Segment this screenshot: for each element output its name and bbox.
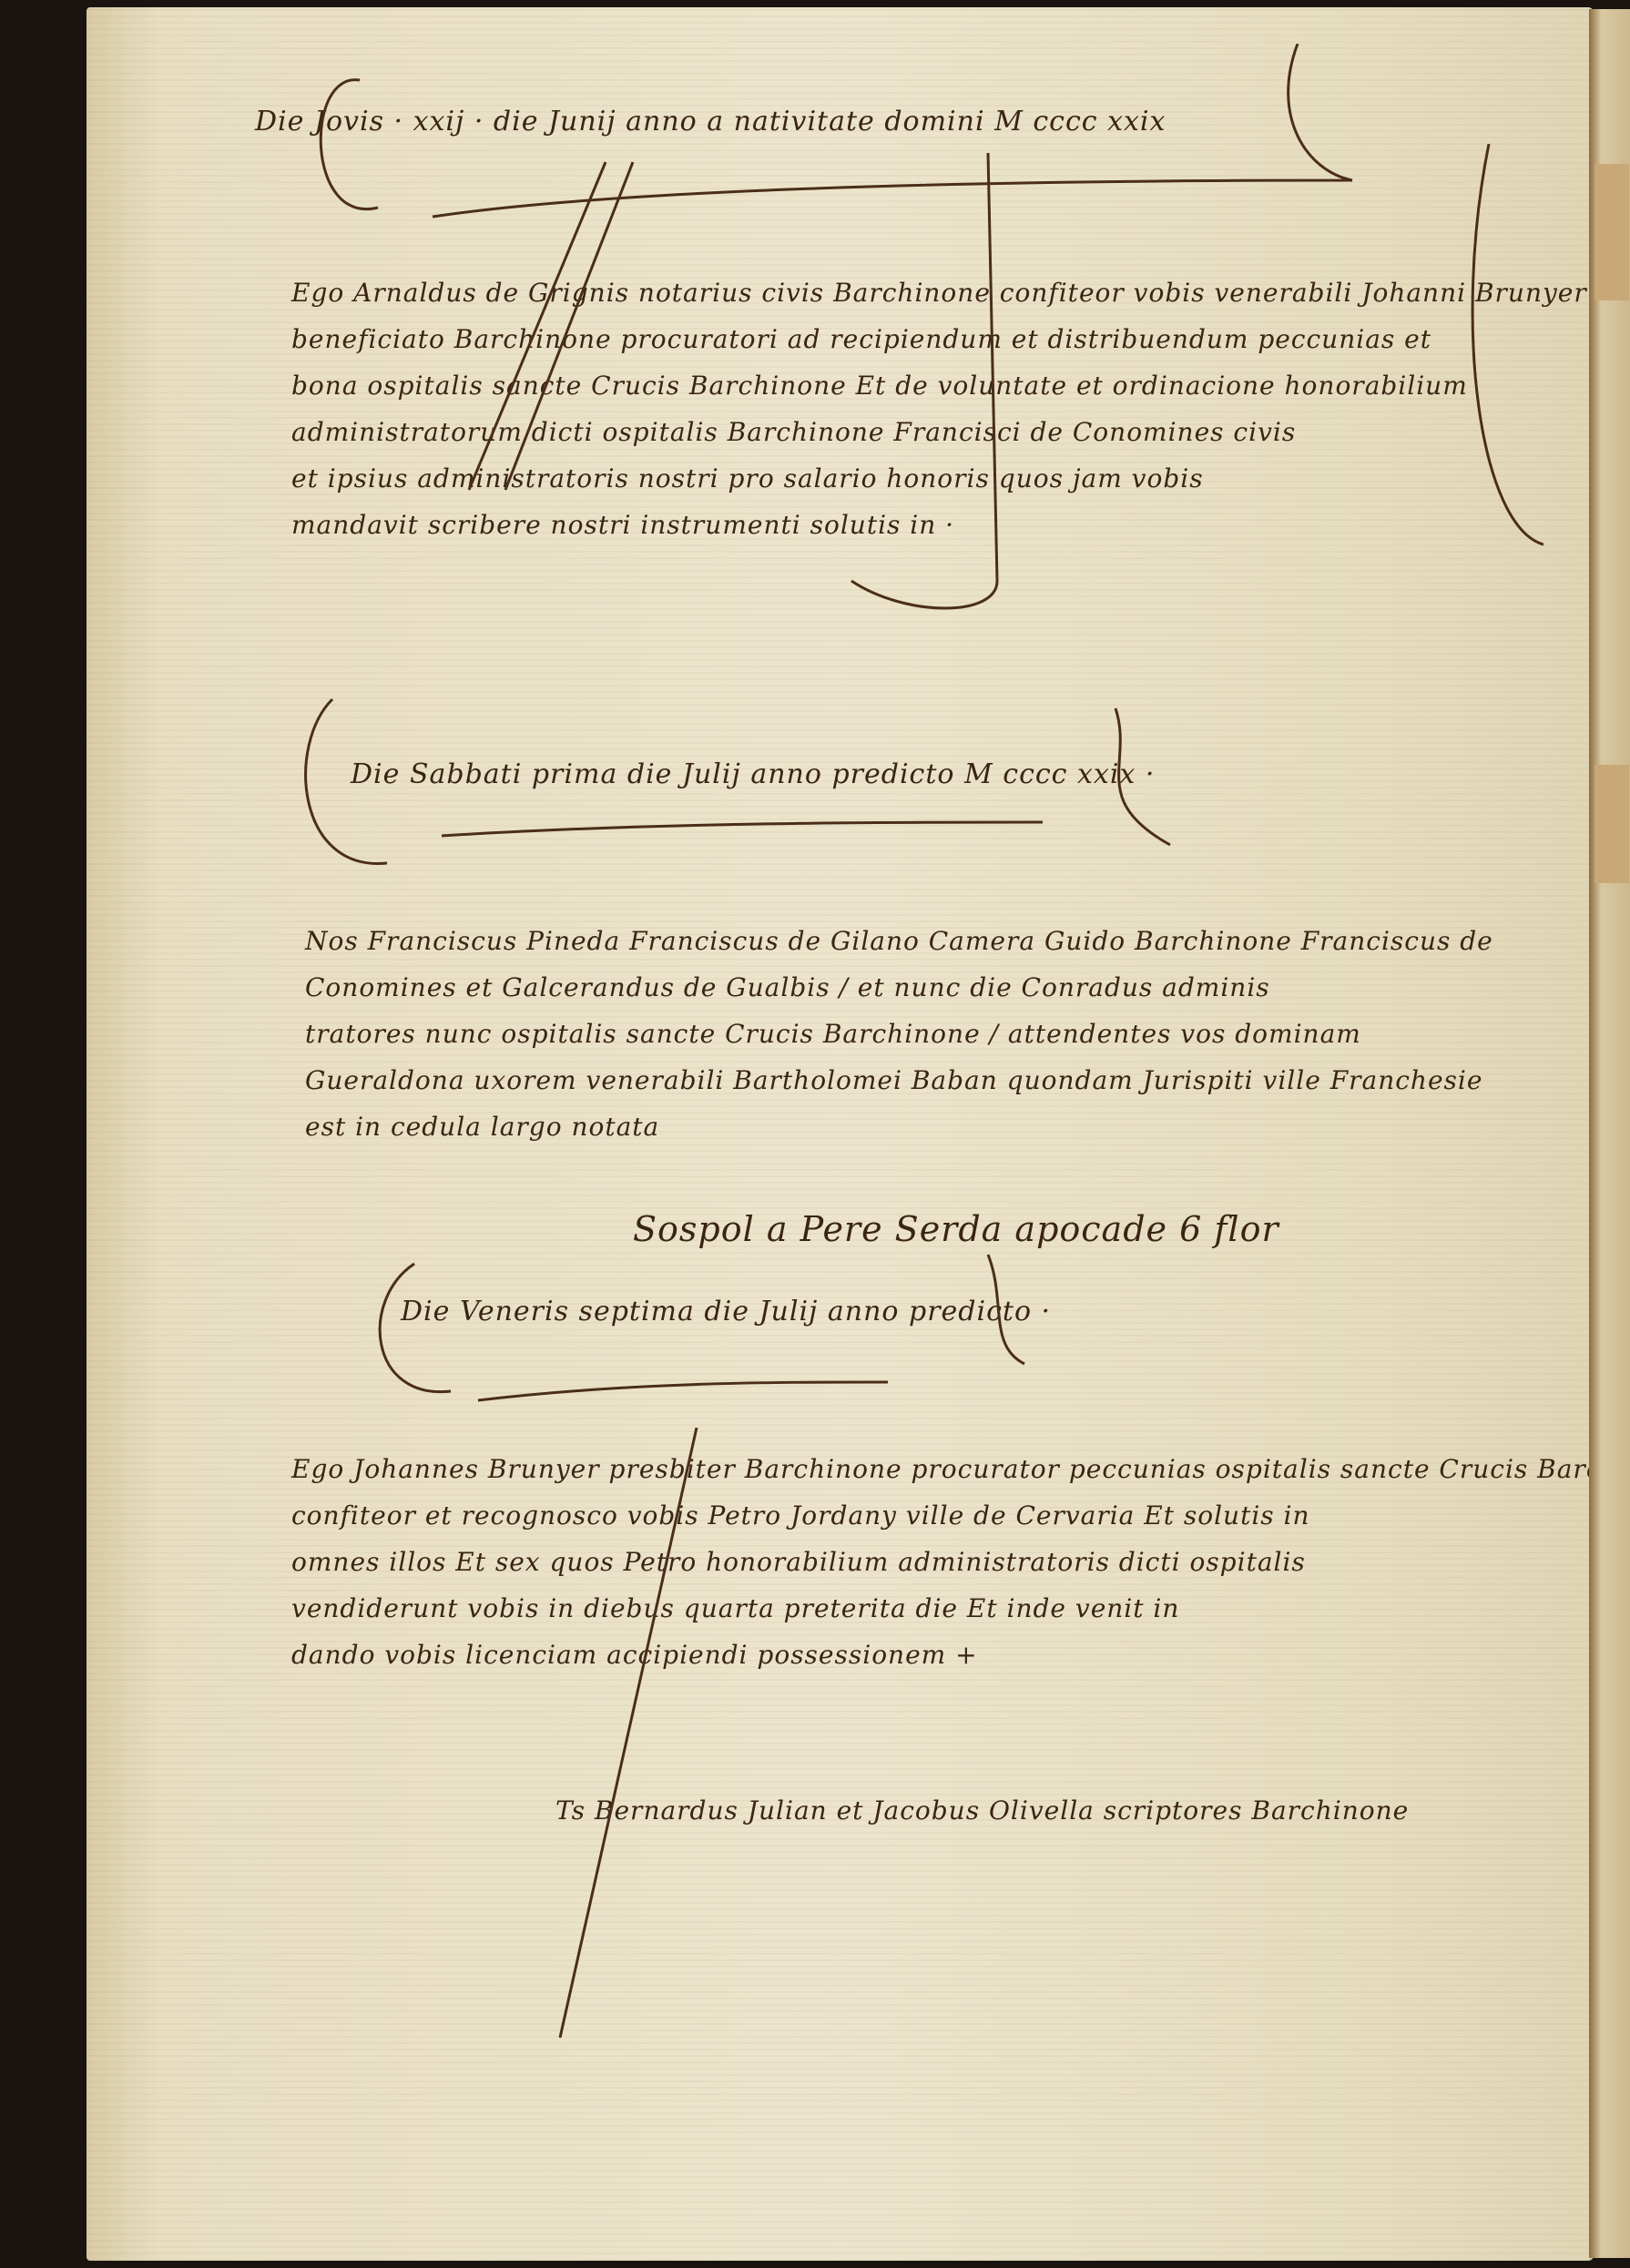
witness-line: Ts Bernardus Julian et Jacobus Olivella …	[555, 1787, 1409, 1834]
entry-3-heading: Die Veneris septima die Julij anno predi…	[401, 1296, 1051, 1327]
entry-1-body: Ego Arnaldus de Grignis notarius civis B…	[291, 270, 1630, 548]
text-line: et ipsius administratoris nostri pro sal…	[291, 455, 1630, 502]
marginal-note: Sospol a Pere Serda apocade 6 flor	[633, 1209, 1279, 1249]
heading-bracket-flourish	[360, 1246, 1179, 1419]
text-line: est in cedula largo notata	[305, 1103, 1493, 1150]
text-line: administratorum dicti ospitalis Barchino…	[291, 409, 1630, 455]
text-line: omnes illos Et sex quos Petro honorabili…	[291, 1539, 1630, 1585]
text-line: confiteor et recognosco vobis Petro Jord…	[291, 1492, 1630, 1539]
entry-2-heading: Die Sabbati prima die Julij anno predict…	[351, 758, 1155, 790]
manuscript-page: Die Jovis · xxij · die Junij anno a nati…	[87, 7, 1594, 2261]
entry-3-body: Ego Johannes Brunyer presbiter Barchinon…	[291, 1446, 1630, 1678]
entry-2-body: Nos Franciscus Pineda Franciscus de Gila…	[305, 918, 1493, 1150]
text-line: bona ospitalis sancte Crucis Barchinone …	[291, 362, 1630, 409]
text-line: beneficiato Barchinone procuratori ad re…	[291, 316, 1630, 362]
text-line: mandavit scribere nostri instrumenti sol…	[291, 502, 1630, 548]
entry-1-heading: Die Jovis · xxij · die Junij anno a nati…	[255, 106, 1166, 137]
heading-bracket-flourish	[296, 690, 1298, 900]
text-line: Conomines et Galcerandus de Gualbis / et…	[305, 964, 1493, 1011]
text-line: Nos Franciscus Pineda Franciscus de Gila…	[305, 918, 1493, 964]
adjacent-pages-edge	[1589, 9, 1630, 2258]
text-line: dando vobis licenciam accipiendi possess…	[291, 1632, 1630, 1678]
text-line: tratores nunc ospitalis sancte Crucis Ba…	[305, 1011, 1493, 1057]
text-line: Ego Johannes Brunyer presbiter Barchinon…	[291, 1446, 1630, 1492]
text-line: Ego Arnaldus de Grignis notarius civis B…	[291, 270, 1630, 316]
text-line: vendiderunt vobis in diebus quarta prete…	[291, 1585, 1630, 1632]
text-line: Gueraldona uxorem venerabili Bartholomei…	[305, 1057, 1493, 1103]
